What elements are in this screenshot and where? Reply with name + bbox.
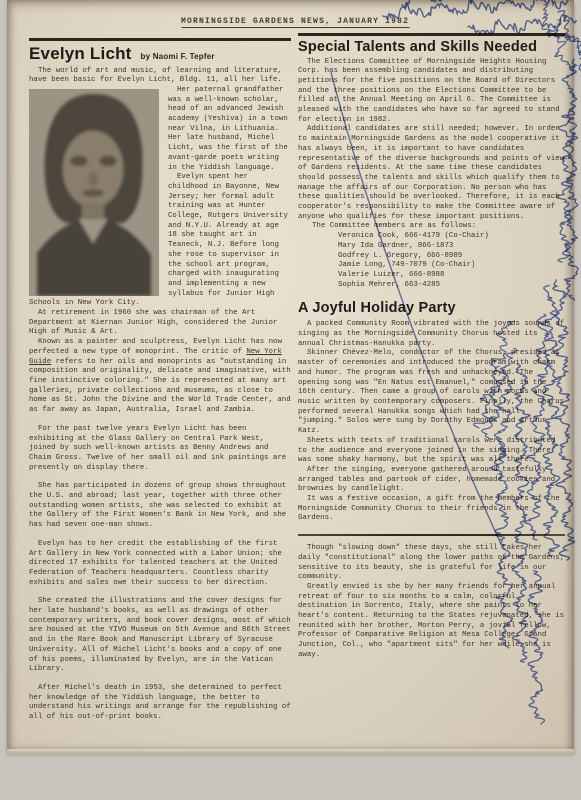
paragraph: For the past twelve years Evelyn Licht h… bbox=[29, 425, 291, 474]
committee-member: Sophia Mehrer, 663-4285 bbox=[338, 281, 565, 291]
paragraph: Greatly envied is she by her many friend… bbox=[298, 583, 565, 661]
paragraph: It was a festive occasion, a gift from t… bbox=[298, 495, 565, 524]
article-headline-holiday-party: A Joyful Holiday Party bbox=[298, 300, 565, 316]
scanned-newsletter-page: MORNINGSIDE GARDENS NEWS, JANUARY 1982 3… bbox=[7, 0, 574, 753]
committee-member: Veronica Cook, 666-4179 (Co-Chair) bbox=[338, 232, 565, 242]
right-column: Special Talents and Skills Needed The El… bbox=[298, 33, 565, 661]
paragraph-text: Known as a painter and sculptress, Evely… bbox=[29, 338, 282, 356]
article-headline-evelyn-licht: Evelyn Lichtby Naomi F. Tepfer bbox=[29, 44, 291, 64]
page-number: 3 bbox=[557, 18, 562, 28]
paragraph: After the singing, everyone gathered aro… bbox=[298, 466, 565, 495]
committee-member: Godfrey L. Gregory, 666-8989 bbox=[338, 252, 565, 262]
column-top-rule bbox=[29, 38, 291, 41]
two-column-layout: Evelyn Lichtby Naomi F. Tepfer The world… bbox=[29, 33, 565, 723]
paragraph: A packed Community Room vibrated with th… bbox=[298, 320, 565, 349]
paragraph-text: refers to her oils and monoprints as "ou… bbox=[29, 358, 291, 415]
section-divider-rule bbox=[298, 534, 565, 536]
portrait-photo-graphic bbox=[29, 89, 159, 296]
masthead-title: MORNINGSIDE GARDENS NEWS, JANUARY 1982 bbox=[181, 17, 409, 28]
committee-member: Jamie Long, 749-7079 (Co-Chair) bbox=[338, 261, 565, 271]
left-column: Evelyn Lichtby Naomi F. Tepfer The world… bbox=[29, 38, 291, 723]
column-top-rule bbox=[298, 33, 565, 36]
paragraph: Known as a painter and sculptress, Evely… bbox=[29, 338, 291, 416]
article-headline-special-talents: Special Talents and Skills Needed bbox=[298, 39, 565, 55]
paragraph: Skinner Chévez-Melo, conductor of the Ch… bbox=[298, 349, 565, 436]
paragraph: The world of art and music, of learning … bbox=[29, 67, 291, 86]
headline-text: Evelyn Licht bbox=[29, 44, 132, 63]
paragraph: At retirement in 1960 she was chairman o… bbox=[29, 309, 291, 338]
evelyn-licht-photo bbox=[29, 89, 159, 296]
committee-list-intro: The Committee members are as follows: bbox=[312, 222, 565, 232]
committee-member: Valerie Luizer, 666-8988 bbox=[338, 271, 565, 281]
paragraph: Though "slowing down" these days, she st… bbox=[298, 544, 565, 583]
paragraph: She created the illustrations and the co… bbox=[29, 597, 291, 675]
paragraph: After Michel's death in 1953, she determ… bbox=[29, 684, 291, 723]
paragraph: Sheets with texts of traditional carols … bbox=[298, 437, 565, 466]
paragraph: She has participated in dozens of group … bbox=[29, 482, 291, 531]
paragraph: Evelyn has to her credit the establishin… bbox=[29, 540, 291, 589]
paragraph: The Elections Committee of Morningside H… bbox=[298, 58, 565, 126]
committee-member: Mary Ida Gardner, 866-1873 bbox=[338, 242, 565, 252]
byline: by Naomi F. Tepfer bbox=[141, 52, 215, 61]
paragraph: Additional candidates are still needed; … bbox=[298, 125, 565, 222]
committee-list: The Committee members are as follows: Ve… bbox=[312, 222, 565, 290]
